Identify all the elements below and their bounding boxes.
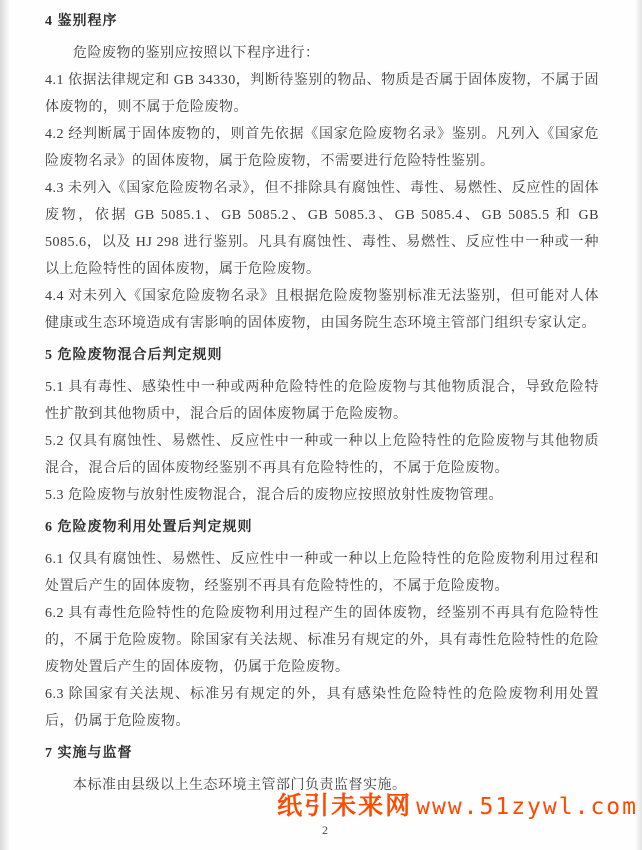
document-page: { "document": { "sections": [ { "heading… bbox=[0, 0, 642, 850]
scan-edge-left bbox=[0, 0, 10, 850]
paragraph: 6.3 除国家有关法规、标准另有规定的外，具有感染性危险特性的危险废物利用处置后… bbox=[45, 681, 599, 735]
section-heading: 5 危险废物混合后判定规则 bbox=[45, 342, 599, 369]
paragraph: 6.2 具有毒性危险特性的危险废物利用过程产生的固体废物，经鉴别不再具有危险特性… bbox=[45, 600, 599, 681]
document-body: 4 鉴别程序 危险废物的鉴别应按照以下程序进行： 4.1 依据法律规定和 GB … bbox=[45, 8, 599, 799]
paragraph: 危险废物的鉴别应按照以下程序进行： bbox=[45, 40, 599, 67]
section-6: 6 危险废物利用处置后判定规则 6.1 仅具有腐蚀性、易燃性、反应性中一种或一种… bbox=[45, 514, 599, 735]
section-heading: 4 鉴别程序 bbox=[45, 8, 599, 35]
section-5: 5 危险废物混合后判定规则 5.1 具有毒性、感染性中一种或两种危险特性的危险废… bbox=[45, 342, 599, 509]
section-4: 4 鉴别程序 危险废物的鉴别应按照以下程序进行： 4.1 依据法律规定和 GB … bbox=[45, 8, 599, 337]
paragraph: 5.2 仅具有腐蚀性、易燃性、反应性中一种或一种以上危险特性的危险废物与其他物质… bbox=[45, 428, 599, 482]
paragraph: 4.2 经判断属于固体废物的，则首先依据《国家危险废物名录》鉴别。凡列入《国家危… bbox=[45, 121, 599, 175]
paragraph: 4.1 依据法律规定和 GB 34330，判断待鉴别的物品、物质是否属于固体废物… bbox=[45, 67, 599, 121]
paragraph: 5.1 具有毒性、感染性中一种或两种危险特性的危险废物与其他物质混合，导致危险特… bbox=[45, 374, 599, 428]
page-number: 2 bbox=[322, 823, 328, 838]
paragraph: 4.4 对未列入《国家危险废物名录》且根据危险废物鉴别标准无法鉴别，但可能对人体… bbox=[45, 283, 599, 337]
scan-edge-right bbox=[635, 0, 642, 850]
paragraph: 4.3 未列入《国家危险废物名录》，但不排除具有腐蚀性、毒性、易燃性、反应性的固… bbox=[45, 175, 599, 283]
paragraph: 6.1 仅具有腐蚀性、易燃性、反应性中一种或一种以上危险特性的危险废物利用过程和… bbox=[45, 546, 599, 600]
watermark: 纸引未来网 www.51zywl.com bbox=[277, 786, 638, 822]
watermark-site-url: www.51zywl.com bbox=[416, 794, 638, 820]
paragraph: 5.3 危险废物与放射性废物混合，混合后的废物应按照放射性废物管理。 bbox=[45, 482, 599, 509]
section-heading: 6 危险废物利用处置后判定规则 bbox=[45, 514, 599, 541]
section-heading: 7 实施与监督 bbox=[45, 740, 599, 767]
watermark-site-name: 纸引未来网 bbox=[277, 792, 412, 820]
